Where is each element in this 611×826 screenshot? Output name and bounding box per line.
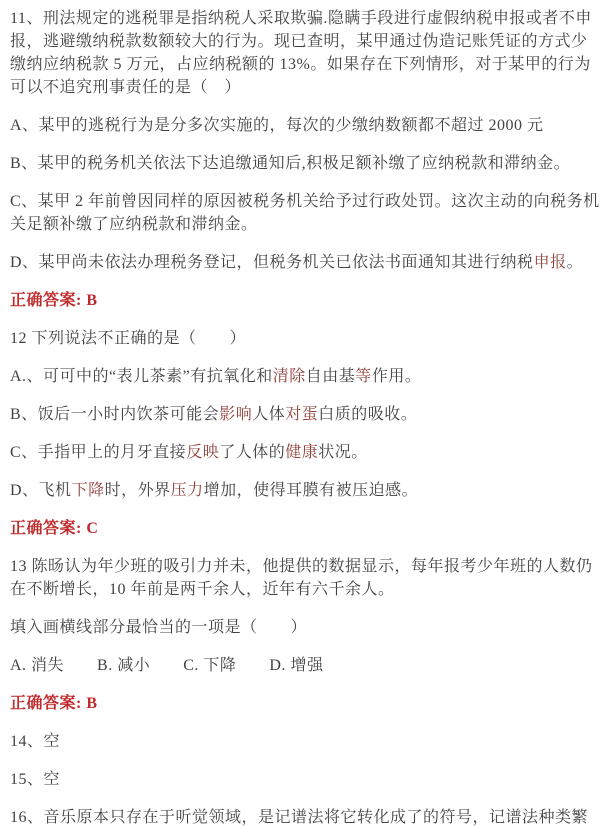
text-segment: 15、空 [10,771,60,788]
text-segment: 状况。 [318,444,368,461]
text-segment: 增加，使得耳膜有被压迫感。 [204,482,419,499]
text-segment: 11、刑法规定的逃税罪是指纳税人采取欺骗.隐瞒手段进行虚假纳税申报或者不申报，逃… [10,10,592,96]
text-segment: D、飞机 [10,482,72,499]
highlighted-text: 反映 [186,444,219,461]
answer-11: 正确答案: B [10,289,603,312]
highlighted-text: 影响 [219,406,252,423]
answer-13: 正确答案: B [10,692,603,715]
highlighted-text: 申报 [534,254,567,271]
question-11-option-d: D、某甲尚未依法办理税务登记，但税务机关已依法书面通知其进行纳税申报。 [10,251,603,274]
text-segment: B、某甲的税务机关依法下达追缴通知后,积极足额补缴了应纳税款和滞纳金。 [10,155,570,172]
question-12-option-b: B、饭后一小时内饮茶可能会影响人体对蛋白质的吸收。 [10,403,603,426]
highlighted-text: 压力 [171,482,204,499]
highlighted-text: 下降 [72,482,105,499]
question-12-option-d: D、飞机下降时，外界压力增加，使得耳膜有被压迫感。 [10,479,603,502]
text-segment: 16、音乐原本只存在于听觉领域，是记谱法将它转化成了的符号，记谱法种类繁 [10,809,588,826]
text-segment: 正确答案: B [10,292,98,309]
text-segment: 填入画横线部分最恰当的一项是（ ） [10,619,307,636]
question-11-option-c: C、某甲 2 年前曾因同样的原因被税务机关给予过行政处罚。这次主动的向税务机关足… [10,190,603,236]
text-segment: 自由基 [306,368,356,385]
text-segment: 。 [567,254,584,271]
text-segment: C、手指甲上的月牙直接 [10,444,186,461]
text-segment: 时，外界 [105,482,171,499]
text-segment: 正确答案: B [10,695,98,712]
question-16-stem: 16、音乐原本只存在于听觉领域，是记谱法将它转化成了的符号，记谱法种类繁 [10,806,603,826]
highlighted-text: 清除 [273,368,306,385]
text-segment: A、某甲的逃税行为是分多次实施的，每次的少缴纳数额都不超过 2000 元 [10,117,544,134]
question-12-option-a: A.、可可中的“表儿茶素”有抗氧化和清除自由基等作用。 [10,365,603,388]
question-14-blank: 14、空 [10,730,603,753]
question-13-prompt: 填入画横线部分最恰当的一项是（ ） [10,616,603,639]
highlighted-text: 对蛋 [285,406,318,423]
text-segment: 14、空 [10,733,60,750]
question-11-option-a: A、某甲的逃税行为是分多次实施的，每次的少缴纳数额都不超过 2000 元 [10,114,603,137]
text-segment: A.、可可中的“表儿茶素”有抗氧化和 [10,368,273,385]
question-11-stem: 11、刑法规定的逃税罪是指纳税人采取欺骗.隐瞒手段进行虚假纳税申报或者不申报，逃… [10,7,603,99]
highlighted-text: 健康 [285,444,318,461]
text-segment: 12 下列说法不正确的是（ ） [10,330,246,347]
question-13-options-row: A. 消失 B. 减小 C. 下降 D. 增强 [10,654,603,677]
text-segment: 人体 [252,406,285,423]
question-11-option-b: B、某甲的税务机关依法下达追缴通知后,积极足额补缴了应纳税款和滞纳金。 [10,152,603,175]
question-12-option-c: C、手指甲上的月牙直接反映了人体的健康状况。 [10,441,603,464]
text-segment: 了人体的 [219,444,285,461]
text-segment: 白质的吸收。 [318,406,417,423]
exam-document: 11、刑法规定的逃税罪是指纳税人采取欺骗.隐瞒手段进行虚假纳税申报或者不申报，逃… [0,0,611,826]
text-segment: C、某甲 2 年前曾因同样的原因被税务机关给予过行政处罚。这次主动的向税务机关足… [10,193,600,233]
question-15-blank: 15、空 [10,768,603,791]
text-segment: D、某甲尚未依法办理税务登记，但税务机关已依法书面通知其进行纳税 [10,254,534,271]
text-segment: 13 陈旸认为年少班的吸引力并未，他提供的数据显示，每年报考少年班的人数仍在不断… [10,558,593,598]
highlighted-text: 等 [355,368,372,385]
question-12-stem: 12 下列说法不正确的是（ ） [10,327,603,350]
question-13-stem: 13 陈旸认为年少班的吸引力并未，他提供的数据显示，每年报考少年班的人数仍在不断… [10,555,603,601]
text-segment: 正确答案: C [10,520,98,537]
text-segment: B、饭后一小时内饮茶可能会 [10,406,219,423]
text-segment: A. 消失 B. 减小 C. 下降 D. 增强 [10,657,323,674]
answer-12: 正确答案: C [10,517,603,540]
text-segment: 作用。 [372,368,422,385]
